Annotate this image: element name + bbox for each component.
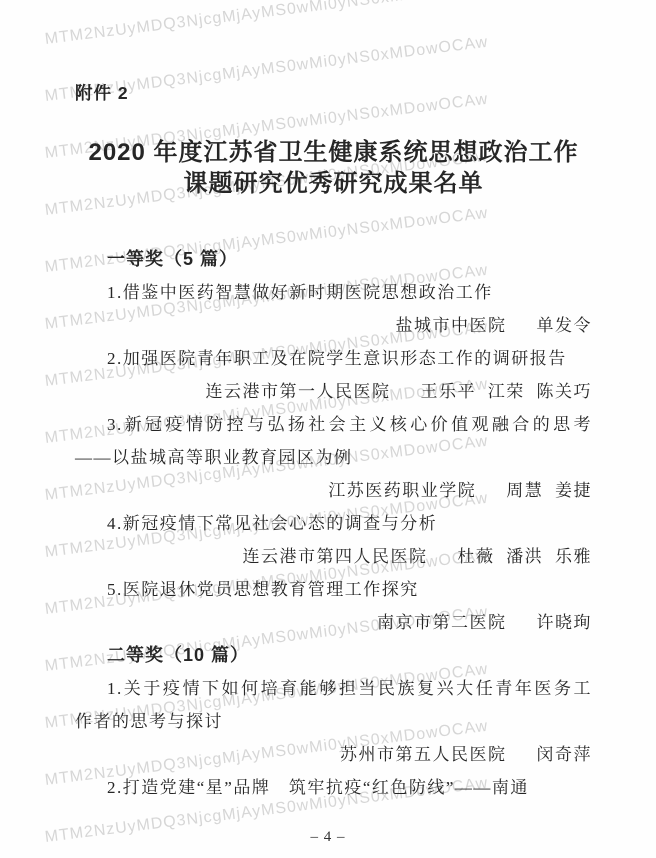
page-number: – 4 – bbox=[0, 826, 656, 848]
title-line-1: 2020 年度江苏省卫生健康系统思想政治工作 bbox=[75, 137, 592, 168]
document-page: MTM2NzUyMDQ3NjcgMjAyMS0wMi0yNS0xMDowOCAw… bbox=[0, 0, 656, 858]
item-title-line: 4.新冠疫情下常见社会心态的调查与分析 bbox=[75, 507, 592, 540]
document-content: 附件 2 2020 年度江苏省卫生健康系统思想政治工作 课题研究优秀研究成果名单… bbox=[75, 82, 592, 804]
item-authors: 周慧 姜捷 bbox=[506, 474, 592, 507]
watermark-text: MTM2NzUyMDQ3NjcgMjAyMS0wMi0yNS0xMDowOCAw bbox=[44, 0, 490, 50]
item-attribution: 南京市第二医院 许晓珣 bbox=[75, 606, 592, 639]
item-title-line: 1.借鉴中医药智慧做好新时期医院思想政治工作 bbox=[75, 276, 592, 309]
item-authors: 杜薇 潘洪 乐雅 bbox=[458, 540, 593, 573]
attachment-label: 附件 2 bbox=[75, 82, 592, 104]
document-title: 2020 年度江苏省卫生健康系统思想政治工作 课题研究优秀研究成果名单 bbox=[75, 137, 592, 199]
item-attribution: 连云港市第一人民医院 王乐平 江荣 陈关巧 bbox=[75, 375, 592, 408]
item-title-line: 3.新冠疫情防控与弘扬社会主义核心价值观融合的思考 bbox=[75, 408, 592, 441]
item-attribution: 盐城市中医院 单发令 bbox=[75, 309, 592, 342]
item-authors: 许晓珣 bbox=[537, 606, 593, 639]
item-organization: 江苏医药职业学院 bbox=[328, 474, 476, 507]
item-organization: 南京市第二医院 bbox=[377, 606, 507, 639]
title-line-2: 课题研究优秀研究成果名单 bbox=[75, 168, 592, 199]
item-title-line: 1.关于疫情下如何培育能够担当民族复兴大任青年医务工 bbox=[75, 672, 592, 705]
item-organization: 盐城市中医院 bbox=[396, 309, 507, 342]
item-organization: 苏州市第五人民医院 bbox=[340, 738, 507, 771]
item-attribution: 江苏医药职业学院 周慧 姜捷 bbox=[75, 474, 592, 507]
award-list: 一等奖（5 篇） 1.借鉴中医药智慧做好新时期医院思想政治工作 盐城市中医院 单… bbox=[75, 243, 592, 804]
item-attribution: 苏州市第五人民医院 闵奇萍 bbox=[75, 738, 592, 771]
item-title-line: 5.医院退休党员思想教育管理工作探究 bbox=[75, 573, 592, 606]
item-organization: 连云港市第一人民医院 bbox=[206, 375, 391, 408]
item-organization: 连云港市第四人民医院 bbox=[243, 540, 428, 573]
section-heading-first-prize: 一等奖（5 篇） bbox=[75, 243, 592, 276]
item-title-line-continuation: ——以盐城高等职业教育园区为例 bbox=[75, 441, 592, 474]
item-attribution: 连云港市第四人民医院 杜薇 潘洪 乐雅 bbox=[75, 540, 592, 573]
item-authors: 闵奇萍 bbox=[537, 738, 593, 771]
item-authors: 王乐平 江荣 陈关巧 bbox=[421, 375, 593, 408]
item-title-line: 2.打造党建“星”品牌 筑牢抗疫“红色防线”——南通 bbox=[75, 771, 592, 804]
item-title-line: 2.加强医院青年职工及在院学生意识形态工作的调研报告 bbox=[75, 342, 592, 375]
item-authors: 单发令 bbox=[537, 309, 593, 342]
section-heading-second-prize: 二等奖（10 篇） bbox=[75, 639, 592, 672]
item-title-line-continuation: 作者的思考与探讨 bbox=[75, 705, 592, 738]
